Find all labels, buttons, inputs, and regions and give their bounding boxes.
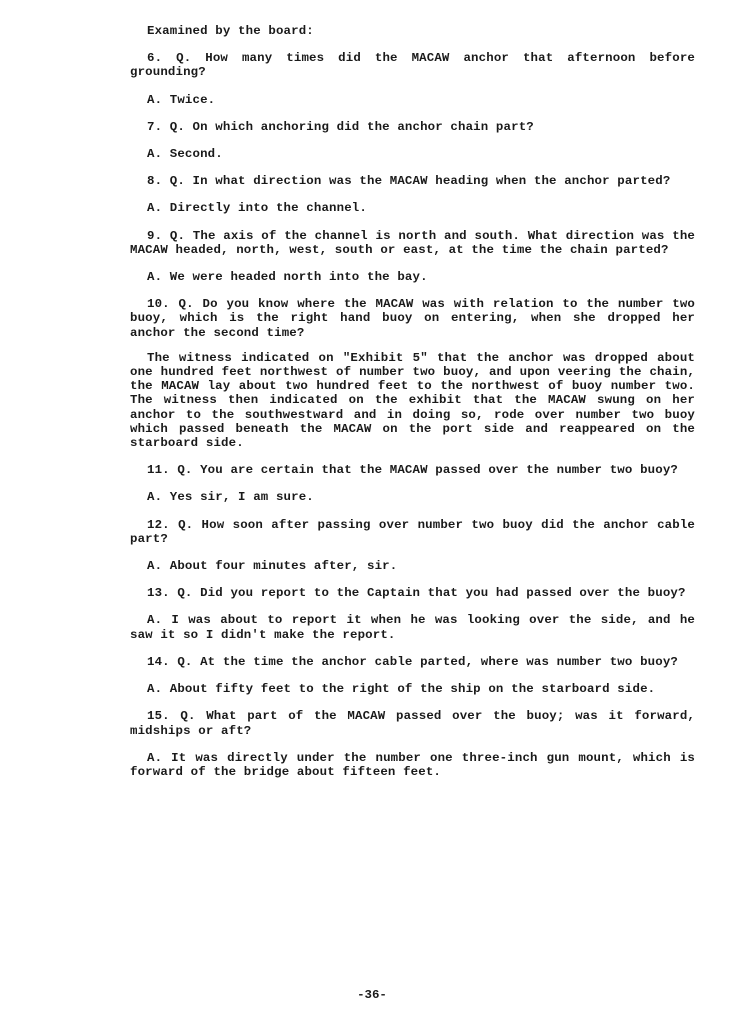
answer-15: A. It was directly under the number one … <box>130 751 695 779</box>
witness-statement: The witness indicated on "Exhibit 5" tha… <box>130 351 695 450</box>
answer-14: A. About fifty feet to the right of the … <box>130 682 695 696</box>
answer-9: A. We were headed north into the bay. <box>130 270 695 284</box>
page-number: -36- <box>0 988 744 1002</box>
question-15: 15. Q. What part of the MACAW passed ove… <box>130 709 695 737</box>
answer-11: A. Yes sir, I am sure. <box>130 490 695 504</box>
answer-7: A. Second. <box>130 147 695 161</box>
answer-6: A. Twice. <box>130 93 695 107</box>
question-10: 10. Q. Do you know where the MACAW was w… <box>130 297 695 340</box>
question-14: 14. Q. At the time the anchor cable part… <box>130 655 695 669</box>
document-page: Examined by the board: 6. Q. How many ti… <box>130 24 695 779</box>
question-9: 9. Q. The axis of the channel is north a… <box>130 229 695 257</box>
question-13: 13. Q. Did you report to the Captain tha… <box>130 586 695 600</box>
answer-12: A. About four minutes after, sir. <box>130 559 695 573</box>
question-12: 12. Q. How soon after passing over numbe… <box>130 518 695 546</box>
section-heading: Examined by the board: <box>130 24 695 38</box>
question-8: 8. Q. In what direction was the MACAW he… <box>130 174 695 188</box>
answer-8: A. Directly into the channel. <box>130 201 695 215</box>
question-11: 11. Q. You are certain that the MACAW pa… <box>130 463 695 477</box>
answer-13: A. I was about to report it when he was … <box>130 613 695 641</box>
question-6: 6. Q. How many times did the MACAW ancho… <box>130 51 695 79</box>
question-7: 7. Q. On which anchoring did the anchor … <box>130 120 695 134</box>
